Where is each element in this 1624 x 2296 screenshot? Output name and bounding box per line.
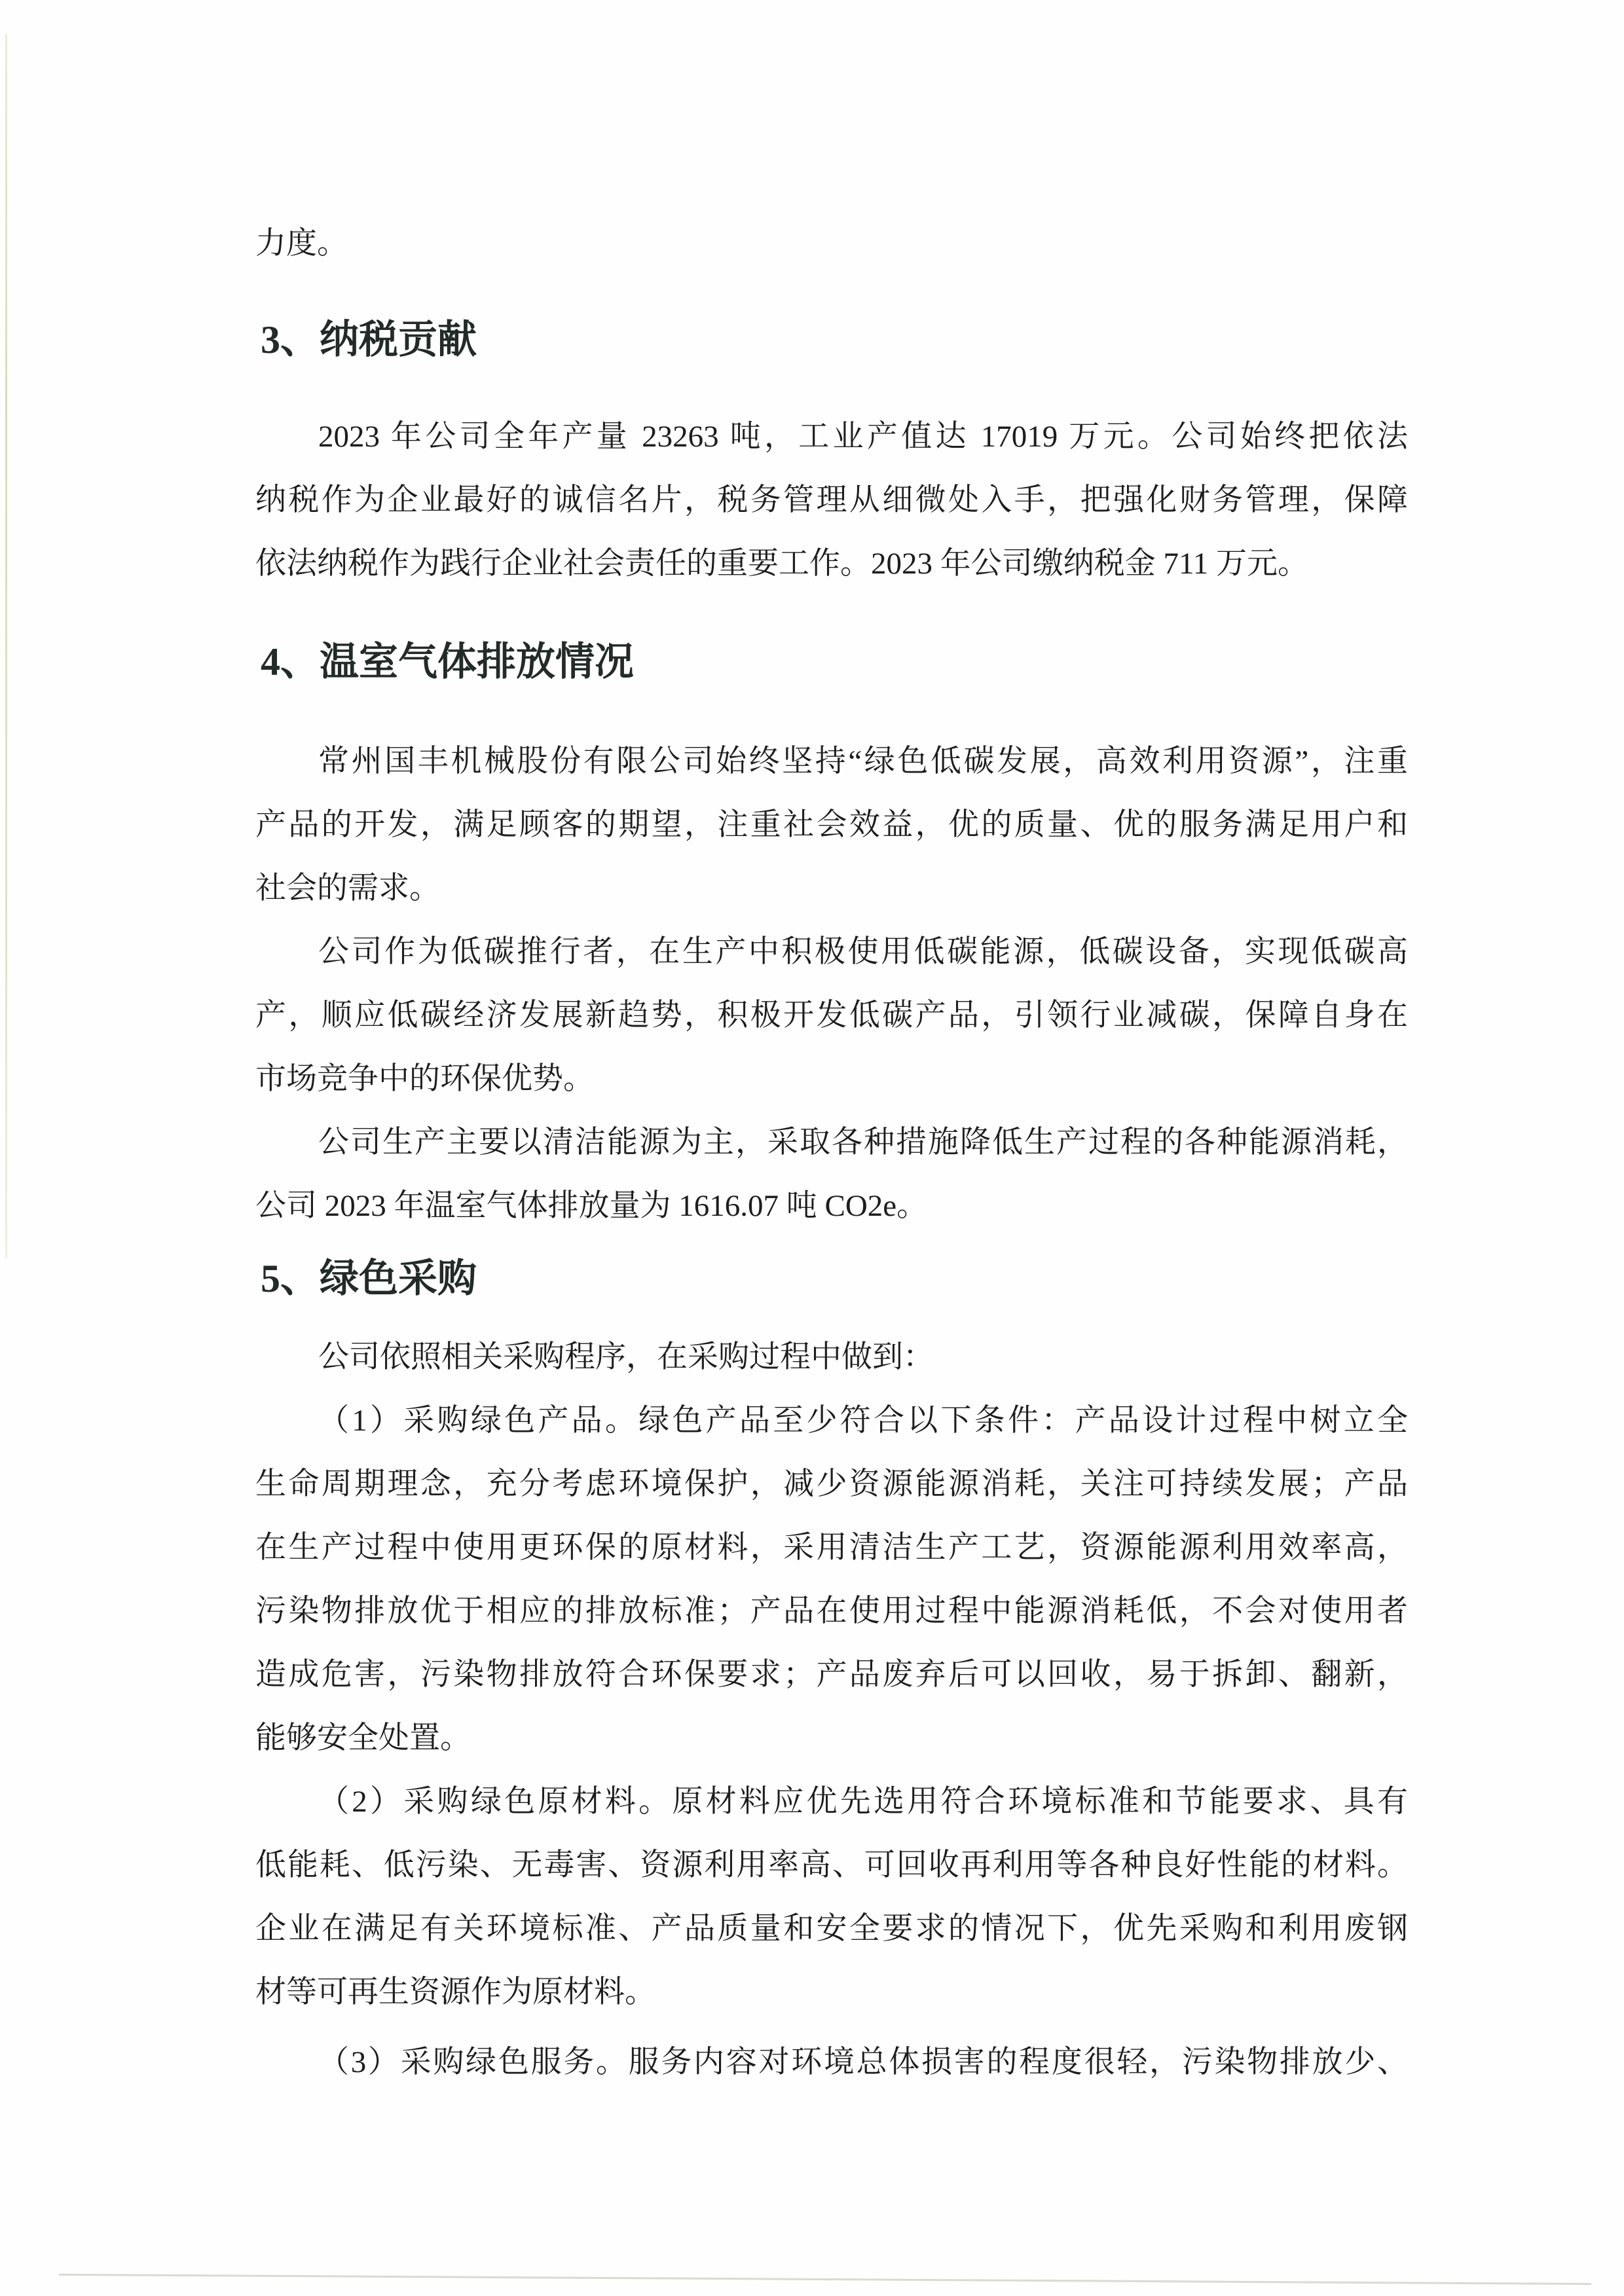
paragraph-line: （3）采购绿色服务。服务内容对环境总体损害的程度很轻，污染物排放少、 [255,2044,1408,2085]
paragraph-line: 产品的开发，满足顾客的期望，注重社会效益，优的质量、优的服务满足用户和 [255,807,1408,847]
document-page: 力度。 3、纳税贡献 2023 年公司全年产量 23263 吨，工业产值达 17… [0,0,1624,2296]
paragraph-line: 材等可再生资源作为原材料。 [255,1974,1408,2014]
paragraph-line: 常州国丰机械股份有限公司始终坚持“绿色低碳发展，高效利用资源”，注重 [255,743,1408,784]
paragraph-line: 市场竞争中的环保优势。 [255,1061,1408,1101]
paragraph-line: 造成危害，污染物排放符合环保要求；产品废弃后可以回收，易于拆卸、翻新， [255,1656,1408,1697]
section-heading-green-procurement: 5、绿色采购 [261,1257,477,1300]
paragraph-line: 社会的需求。 [255,870,1408,911]
paragraph-line: （2）采购绿色原材料。原材料应优先选用符合环境标准和节能要求、具有 [255,1783,1408,1824]
paragraph-line: 污染物排放优于相应的排放标准；产品在使用过程中能源消耗低，不会对使用者 [255,1593,1408,1633]
scan-artifact-left-line [5,34,7,1258]
paragraph-line: （1）采购绿色产品。绿色产品至少符合以下条件：产品设计过程中树立全 [255,1402,1408,1443]
paragraph-line: 企业在满足有关环境标准、产品质量和安全要求的情况下，优先采购和利用废钢 [255,1910,1408,1951]
paragraph-line: 在生产过程中使用更环保的原材料，采用清洁生产工艺，资源能源利用效率高， [255,1529,1408,1570]
paragraph-line: 纳税作为企业最好的诚信名片，税务管理从细微处入手，把强化财务管理，保障 [255,482,1408,522]
section-heading-greenhouse-gas: 4、温室气体排放情况 [261,640,634,683]
paragraph-line: 能够安全处置。 [255,1720,1408,1760]
paragraph-line: 公司生产主要以清洁能源为主，采取各种措施降低生产过程的各种能源消耗， [255,1124,1408,1165]
paragraph-line: 低能耗、低污染、无毒害、资源利用率高、可回收再利用等各种良好性能的材料。 [255,1847,1408,1887]
paragraph-line: 公司依照相关采购程序，在采购过程中做到： [255,1339,1408,1379]
paragraph-line: 依法纳税作为践行企业社会责任的重要工作。2023 年公司缴纳税金 711 万元。 [255,545,1408,586]
paragraph-line: 公司作为低碳推行者，在生产中积极使用低碳能源，低碳设备，实现低碳高 [255,934,1408,974]
paragraph-line: 生命周期理念，充分考虑环境保护，减少资源能源消耗，关注可持续发展；产品 [255,1466,1408,1506]
paragraph-line: 2023 年公司全年产量 23263 吨，工业产值达 17019 万元。公司始终… [255,418,1408,459]
paragraph-line: 产，顺应低碳经济发展新趋势，积极开发低碳产品，引领行业减碳，保障自身在 [255,997,1408,1038]
paragraph-continuation-line: 力度。 [255,225,1408,266]
scan-artifact-bottom-smudge [59,2274,1591,2285]
section-heading-tax-contribution: 3、纳税贡献 [261,318,477,361]
paragraph-line: 公司 2023 年温室气体排放量为 1616.07 吨 CO2e。 [255,1188,1408,1228]
